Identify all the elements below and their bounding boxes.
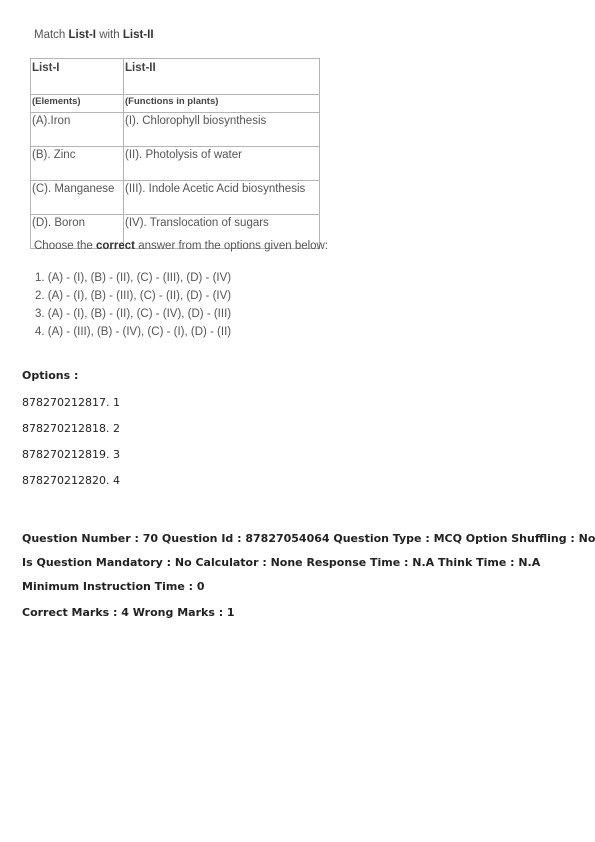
option-item: 878270212820. 4 (22, 474, 120, 487)
choose-prefix: Choose the (34, 240, 96, 252)
choose-instruction: Choose the correct answer from the optio… (34, 240, 328, 252)
table-subheader-row: (Elements) (Functions in plants) (31, 95, 320, 113)
intro-prefix: Match (34, 29, 69, 41)
table-row: (A).Iron (I). Chlorophyll biosynthesis (31, 113, 320, 147)
question-intro: Match List-I with List-II (34, 29, 154, 41)
question-meta-line2: Is Question Mandatory : No Calculator : … (22, 556, 540, 569)
table-row: (B). Zinc (II). Photolysis of water (31, 147, 320, 181)
question-meta-line1: Question Number : 70 Question Id : 87827… (22, 532, 595, 545)
subheader-elements: (Elements) (31, 95, 124, 113)
marks-line: Correct Marks : 4 Wrong Marks : 1 (22, 606, 235, 619)
function-cell: (III). Indole Acetic Acid biosynthesis (124, 181, 320, 215)
options-title: Options : (22, 369, 78, 382)
header-list1: List-I (31, 59, 124, 95)
answer-item: 2. (A) - (I), (B) - (III), (C) - (II), (… (35, 287, 231, 305)
element-cell: (C). Manganese (31, 181, 124, 215)
function-cell: (II). Photolysis of water (124, 147, 320, 181)
element-cell: (A).Iron (31, 113, 124, 147)
question-meta-line3: Minimum Instruction Time : 0 (22, 580, 205, 593)
table-header-row: List-I List-II (31, 59, 320, 95)
table-row: (C). Manganese (III). Indole Acetic Acid… (31, 181, 320, 215)
choose-suffix: answer from the options given below: (135, 240, 328, 252)
element-cell: (B). Zinc (31, 147, 124, 181)
intro-list1: List-I (69, 29, 96, 41)
header-list2: List-II (124, 59, 320, 95)
choose-bold: correct (96, 240, 135, 252)
function-cell: (I). Chlorophyll biosynthesis (124, 113, 320, 147)
intro-mid: with (96, 29, 123, 41)
subheader-functions: (Functions in plants) (124, 95, 320, 113)
match-table: List-I List-II (Elements) (Functions in … (30, 58, 320, 249)
answer-item: 1. (A) - (I), (B) - (II), (C) - (III), (… (35, 269, 231, 287)
answer-item: 4. (A) - (III), (B) - (IV), (C) - (I), (… (35, 323, 231, 341)
answer-list: 1. (A) - (I), (B) - (II), (C) - (III), (… (35, 269, 231, 341)
answer-item: 3. (A) - (I), (B) - (II), (C) - (IV), (D… (35, 305, 231, 323)
option-item: 878270212819. 3 (22, 448, 120, 461)
intro-list2: List-II (123, 29, 154, 41)
option-item: 878270212818. 2 (22, 422, 120, 435)
option-item: 878270212817. 1 (22, 396, 120, 409)
